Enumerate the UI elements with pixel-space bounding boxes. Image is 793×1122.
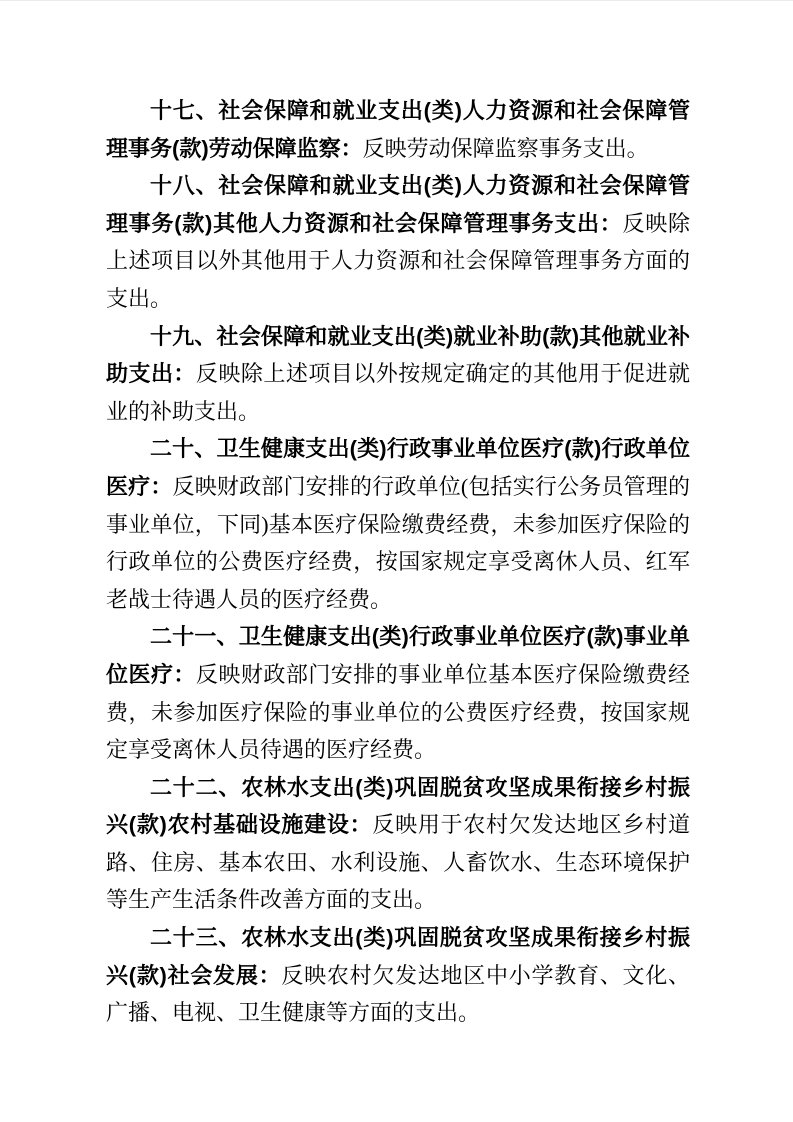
budget-item-paragraph-18: 十八、社会保障和就业支出(类)人力资源和社会保障管理事务(款)其他人力资源和社会… <box>106 167 690 317</box>
budget-item-paragraph-22: 二十二、农林水支出(类)巩固脱贫攻坚成果衔接乡村振兴(款)农村基础设施建设：反映… <box>106 769 690 919</box>
budget-item-paragraph-17: 十七、社会保障和就业支出(类)人力资源和社会保障管理事务(款)劳动保障监察：反映… <box>106 92 690 167</box>
document-page: 十七、社会保障和就业支出(类)人力资源和社会保障管理事务(款)劳动保障监察：反映… <box>0 0 793 1122</box>
item-18-term: 十八、社会保障和就业支出(类)人力资源和社会保障管理事务(款)其他人力资源和社会… <box>106 173 690 236</box>
item-20-definition: 反映财政部门安排的行政单位(包括实行公务员管理的事业单位，下同)基本医疗保险缴费… <box>106 474 690 612</box>
item-17-definition: 反映劳动保障监察事务支出。 <box>363 136 649 161</box>
document-body-text: 十七、社会保障和就业支出(类)人力资源和社会保障管理事务(款)劳动保障监察：反映… <box>106 92 690 1032</box>
budget-item-paragraph-23: 二十三、农林水支出(类)巩固脱贫攻坚成果衔接乡村振兴(款)社会发展：反映农村欠发… <box>106 919 690 1032</box>
budget-item-paragraph-19: 十九、社会保障和就业支出(类)就业补助(款)其他就业补助支出：反映除上述项目以外… <box>106 318 690 431</box>
budget-item-paragraph-20: 二十、卫生健康支出(类)行政事业单位医疗(款)行政单位医疗：反映财政部门安排的行… <box>106 430 690 618</box>
budget-item-paragraph-21: 二十一、卫生健康支出(类)行政事业单位医疗(款)事业单位医疗：反映财政部门安排的… <box>106 618 690 768</box>
